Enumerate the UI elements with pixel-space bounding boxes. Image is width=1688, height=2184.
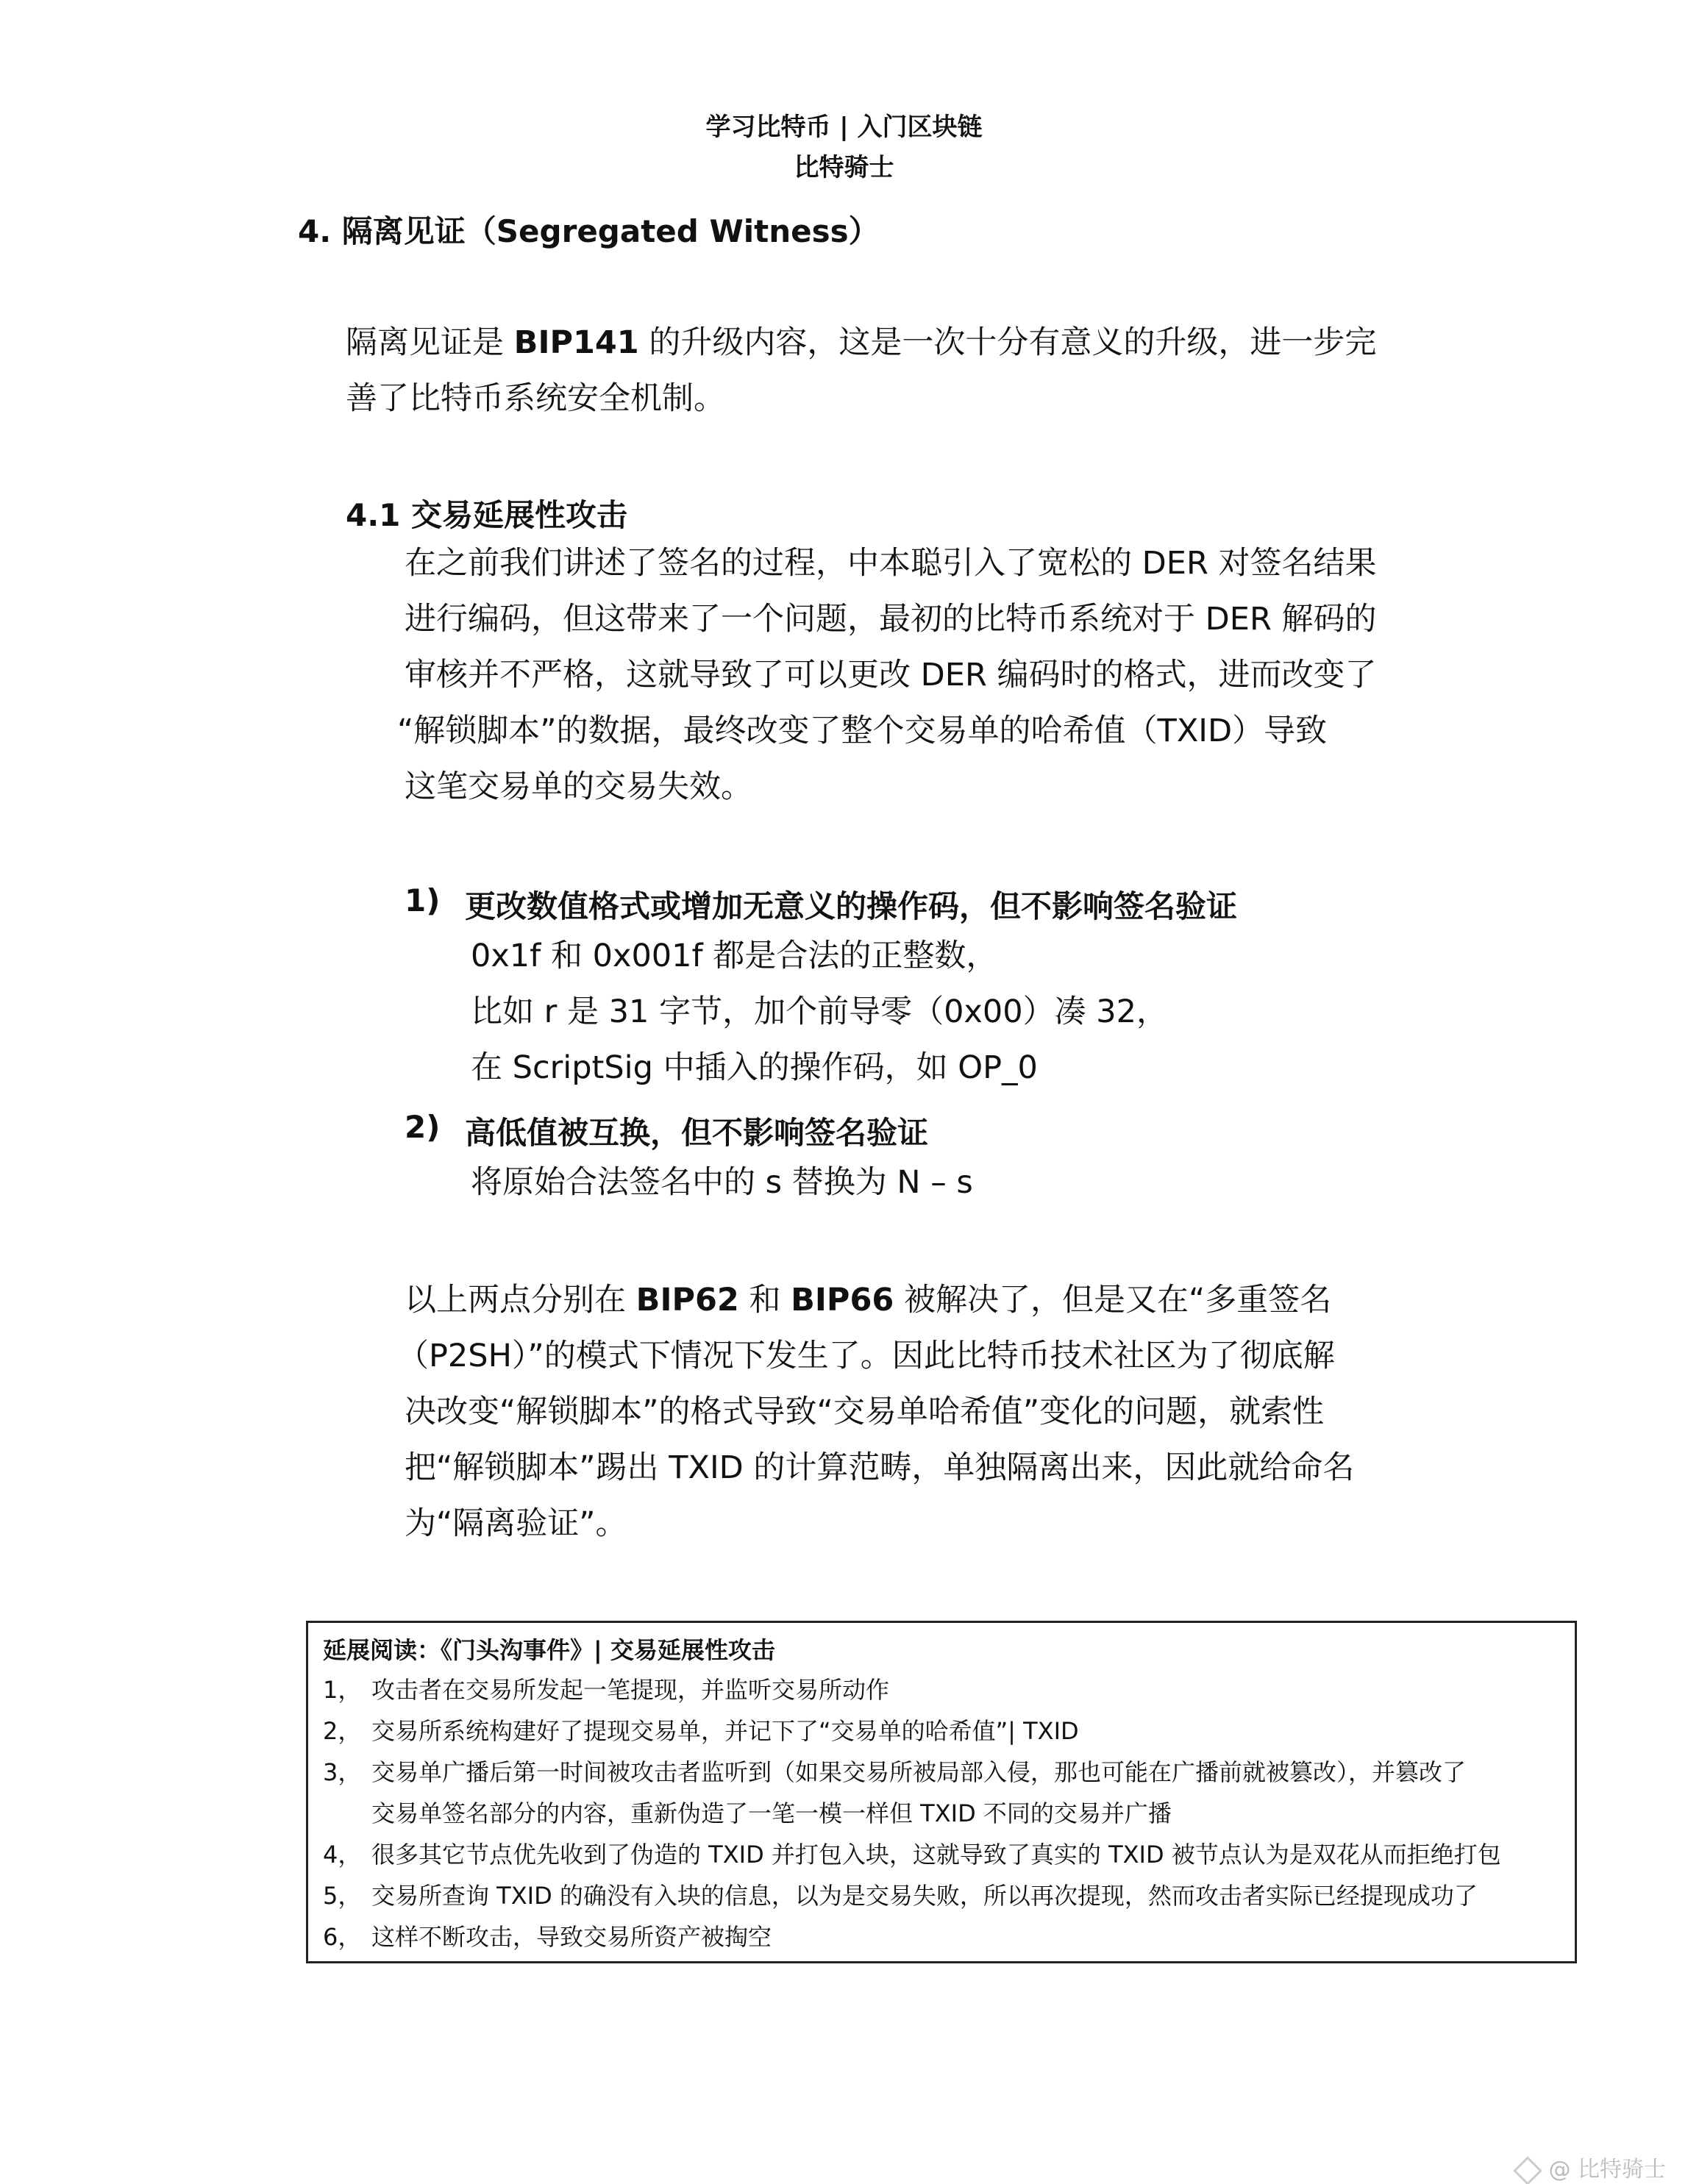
section-heading: 4. 隔离见证（Segregated Witness） <box>298 207 880 251</box>
conclusion-line-2: （P2SH）”的模式下情况下发生了。因此比特币技术社区为了彻底解 <box>397 1328 1335 1384</box>
box-item-continued: 交易单签名部分的内容，重新伪造了一笔一模一样但 TXID 不同的交易并广播 <box>323 1795 1172 1829</box>
conclusion-line-4: 把“解锁脚本”踢出 TXID 的计算范畴，单独隔离出来，因此就给命名 <box>405 1440 1354 1496</box>
list-line: 在 ScriptSig 中插入的操作码，如 OP_0 <box>471 1040 1038 1096</box>
paragraph-line: 审核并不严格，这就导致了可以更改 DER 编码时的格式，进而改变了 <box>405 647 1377 703</box>
box-item: 4，很多其它节点优先收到了伪造的 TXID 并打包入块，这就导致了真实的 TXI… <box>323 1836 1501 1870</box>
header-title: 学习比特币 | 入门区块链 <box>0 107 1688 143</box>
intro-text: 隔离见证是 <box>346 324 514 361</box>
box-title: 延展阅读：《门头沟事件》| 交易延展性攻击 <box>323 1632 775 1666</box>
conclusion-text: 被解决了，但是又在“多重签名 <box>894 1282 1331 1318</box>
intro-line-1: 隔离见证是 BIP141 的升级内容，这是一次十分有意义的升级，进一步完 <box>346 315 1376 371</box>
item-number: 6， <box>323 1919 371 1952</box>
box-item: 1，攻击者在交易所发起一笔提现，并监听交易所动作 <box>323 1671 889 1705</box>
item-number: 1， <box>323 1671 371 1705</box>
item-number: 5， <box>323 1877 371 1911</box>
conclusion-line-5: 为“隔离验证”。 <box>405 1496 627 1552</box>
subsection-heading: 4.1 交易延展性攻击 <box>346 491 627 535</box>
list-line: 0x1f 和 0x001f 都是合法的正整数， <box>471 928 997 984</box>
bip62-term: BIP62 <box>636 1282 739 1318</box>
paragraph-line: 这笔交易单的交易失效。 <box>405 759 752 815</box>
header-author: 比特骑士 <box>0 147 1688 183</box>
item-text: 这样不断攻击，导致交易所资产被掏空 <box>371 1923 772 1951</box>
box-item: 2，交易所系统构建好了提现交易单，并记下了“交易单的哈希值”| TXID <box>323 1713 1079 1746</box>
extended-reading-box: 延展阅读：《门头沟事件》| 交易延展性攻击 1，攻击者在交易所发起一笔提现，并监… <box>306 1621 1577 1963</box>
intro-line-2: 善了比特币系统安全机制。 <box>346 371 725 427</box>
conclusion-text: 和 <box>739 1282 791 1318</box>
item-number: 4， <box>323 1836 371 1870</box>
watermark: @ 比特骑士 <box>1517 2151 1666 2183</box>
list-item-1-heading: 1) 更改数值格式或增加无意义的操作码，但不影响签名验证 <box>405 882 440 918</box>
item-text: 很多其它节点优先收到了伪造的 TXID 并打包入块，这就导致了真实的 TXID … <box>371 1841 1501 1869</box>
list-title: 更改数值格式或增加无意义的操作码，但不影响签名验证 <box>465 882 1237 927</box>
list-number: 2) <box>405 1109 440 1145</box>
item-text: 交易单签名部分的内容，重新伪造了一笔一模一样但 TXID 不同的交易并广播 <box>371 1799 1172 1827</box>
item-text: 交易所系统构建好了提现交易单，并记下了“交易单的哈希值”| TXID <box>371 1717 1079 1745</box>
box-item: 3，交易单广播后第一时间被攻击者监听到（如果交易所被局部入侵，那也可能在广播前就… <box>323 1754 1466 1788</box>
item-text: 攻击者在交易所发起一笔提现，并监听交易所动作 <box>371 1676 889 1704</box>
paragraph-line: 在之前我们讲述了签名的过程，中本聪引入了宽松的 DER 对签名结果 <box>405 535 1377 591</box>
box-item: 5，交易所查询 TXID 的确没有入块的信息，以为是交易失败，所以再次提现，然而… <box>323 1877 1478 1911</box>
conclusion-line-1: 以上两点分别在 BIP62 和 BIP66 被解决了，但是又在“多重签名 <box>405 1272 1331 1328</box>
list-title: 高低值被互换，但不影响签名验证 <box>465 1109 928 1153</box>
list-line: 比如 r 是 31 字节，加个前导零（0x00）凑 32， <box>471 984 1168 1040</box>
bip141-term: BIP141 <box>514 324 639 361</box>
box-item: 6，这样不断攻击，导致交易所资产被掏空 <box>323 1919 772 1952</box>
item-number: 3， <box>323 1754 371 1788</box>
list-line: 将原始合法签名中的 s 替换为 N – s <box>471 1155 973 1210</box>
item-text: 交易单广播后第一时间被攻击者监听到（如果交易所被局部入侵，那也可能在广播前就被篡… <box>371 1758 1466 1786</box>
binance-diamond-icon <box>1514 2156 1543 2184</box>
bip66-term: BIP66 <box>791 1282 894 1318</box>
item-number: 2， <box>323 1713 371 1746</box>
item-text: 交易所查询 TXID 的确没有入块的信息，以为是交易失败，所以再次提现，然而攻击… <box>371 1882 1478 1910</box>
watermark-text: @ 比特骑士 <box>1548 2157 1666 2183</box>
paragraph-line: 进行编码，但这带来了一个问题，最初的比特币系统对于 DER 解码的 <box>405 591 1377 647</box>
conclusion-text: 以上两点分别在 <box>405 1282 636 1318</box>
list-item-2-heading: 2) 高低值被互换，但不影响签名验证 <box>405 1109 440 1145</box>
list-number: 1) <box>405 882 440 918</box>
conclusion-line-3: 决改变“解锁脚本”的格式导致“交易单哈希值”变化的问题，就索性 <box>405 1384 1324 1440</box>
paragraph-line: “解锁脚本”的数据，最终改变了整个交易单的哈希值（TXID）导致 <box>397 703 1327 759</box>
intro-text: 的升级内容，这是一次十分有意义的升级，进一步完 <box>639 324 1377 361</box>
